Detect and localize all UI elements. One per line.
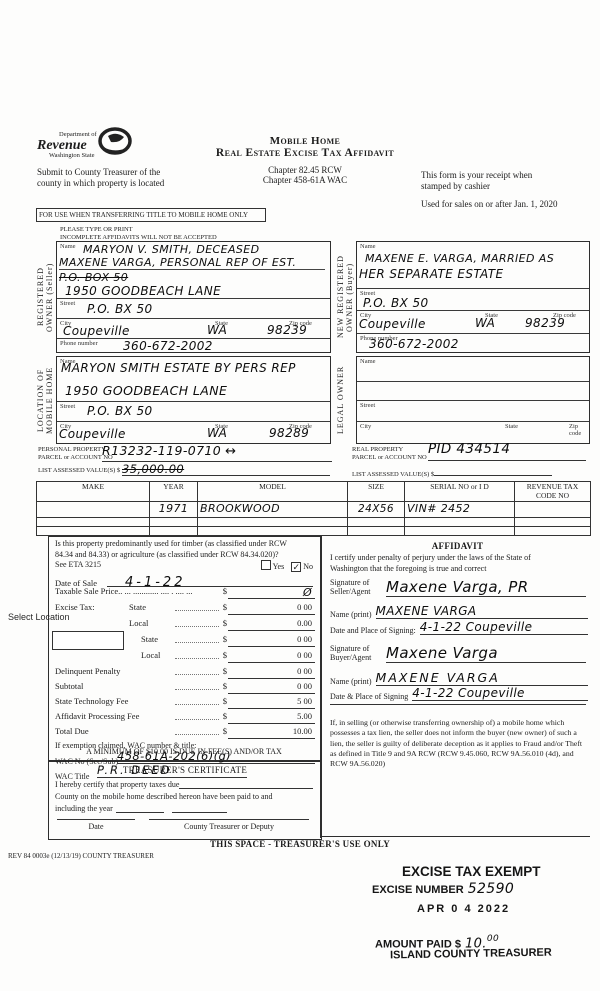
location-state-value: WA	[207, 426, 227, 440]
fin-value: 0 00	[228, 601, 315, 615]
location-street-field[interactable]: Street P.O. BX 50	[57, 402, 330, 423]
personal-assessed-value: 35,000.00	[122, 462, 184, 476]
legal-blank-field[interactable]	[357, 382, 589, 401]
real-parcel-field[interactable]: PID 434514	[428, 440, 586, 461]
timber-q-line2: 84.34 and 84.33) or agriculture (as clas…	[55, 550, 317, 561]
form-number: REV 84 0003e (12/13/19) COUNTY TREASURER	[8, 852, 154, 860]
chapter-1: Chapter 82.45 RCW	[160, 165, 450, 175]
seller-name-line4: 1950 GOODBEACH LANE	[65, 284, 221, 298]
legal-city-label: City	[360, 423, 371, 430]
seller-street-field[interactable]: Street P.O. BX 50	[57, 299, 330, 318]
table-row	[37, 518, 591, 527]
buyer-name-label: Name	[360, 243, 376, 250]
cell-revenue-tax[interactable]	[515, 502, 591, 518]
cert-line1-row: I hereby certify that property taxes due	[55, 779, 313, 789]
chapter-2: Chapter 458-61A WAC	[160, 175, 450, 185]
fin-row-tech-fee[interactable]: State Technology Fee $ 5 00	[55, 695, 315, 709]
location-street-value: P.O. BX 50	[87, 404, 153, 418]
col-year: YEAR	[150, 482, 198, 502]
cell-size[interactable]: 24X56	[348, 502, 405, 518]
timber-q-line1: Is this property predominantly used for …	[55, 539, 317, 550]
table-row	[37, 527, 591, 536]
fin-label: Subtotal	[55, 681, 83, 691]
no-checkbox[interactable]: ✓	[291, 562, 301, 572]
cell-empty[interactable]	[198, 518, 348, 527]
fin-sublabel: State	[129, 602, 146, 612]
buyer-zip-value: 98239	[525, 316, 565, 330]
legal-state-label: State	[505, 423, 518, 430]
fin-value: 0 00	[228, 680, 315, 694]
cell-empty[interactable]	[150, 527, 198, 536]
vehicle-table: MAKE YEAR MODEL SIZE SERIAL NO or I D RE…	[36, 481, 591, 536]
date-stamp: APR 0 4 2022	[417, 903, 510, 915]
location-label-l1: LOCATION OF	[36, 368, 45, 431]
seller-fields-box: Name MARYON V. SMITH, DECEASED MAXENE VA…	[56, 241, 331, 353]
cell-empty[interactable]	[515, 527, 591, 536]
agency-name: Revenue	[37, 139, 97, 152]
location-city-field[interactable]: City State Zip code Coupeville WA 98289	[57, 422, 330, 443]
col-make: MAKE	[37, 482, 150, 502]
seller-section-label: REGISTERED OWNER (Seller)	[36, 241, 56, 353]
checkmark-icon: ✓	[292, 562, 300, 572]
legal-street-field[interactable]: Street	[357, 401, 589, 423]
real-parcel-l2: PARCEL or ACCOUNT NO	[352, 454, 427, 462]
lien-warning-text: If, in selling (or otherwise transferrin…	[330, 718, 590, 769]
cert-deputy-label: County Treasurer or Deputy	[149, 822, 309, 831]
location-city-value: Coupeville	[59, 427, 126, 441]
buyer-street-field[interactable]: Street P.O. BX 50	[357, 289, 589, 312]
fin-value: 0.00	[228, 617, 315, 631]
yes-label: Yes	[273, 562, 285, 571]
fin-row-taxable[interactable]: Taxable Sale Price.. ... ............ ..…	[55, 585, 315, 599]
location-blank-box[interactable]	[52, 631, 124, 650]
cert-line2: County on the mobile home described here…	[55, 792, 273, 801]
fin-row-subtotal[interactable]: Subtotal $ 0 00	[55, 680, 315, 694]
cell-empty[interactable]	[37, 527, 150, 536]
affidavit-divider	[330, 704, 586, 705]
yes-checkbox[interactable]	[261, 560, 271, 570]
legal-street-label: Street	[360, 402, 375, 409]
fin-value: 5 00	[228, 695, 315, 709]
bottom-rule	[320, 836, 590, 837]
fin-row-excise-local[interactable]: Local $ 0.00	[55, 617, 315, 631]
legal-owner-label: LEGAL OWNER	[336, 366, 345, 434]
real-parcel-label: REAL PROPERTY PARCEL or ACCOUNT NO	[352, 446, 427, 462]
seller-name-line3-struck: P.O. BOX 50	[59, 271, 128, 284]
submit-note: Submit to County Treasurer of the county…	[37, 167, 164, 189]
legal-zip-label: Zip code	[569, 423, 589, 437]
sig-of-label: Signature of	[330, 644, 369, 653]
fin-row-delinq-int-local[interactable]: Local $ 0 00	[55, 649, 315, 663]
buyer-city-value: Coupeville	[359, 317, 426, 331]
treasurer-certificate-box: TREASURER'S CERTIFICATE I hereby certify…	[48, 760, 322, 840]
seller-signature-field[interactable]: Signature of Seller/Agent Maxene Varga, …	[330, 578, 588, 602]
excise-tax-exempt-stamp: EXCISE TAX EXEMPT	[402, 864, 541, 879]
seller-phone-field[interactable]: Phone number 360-672-2002	[57, 339, 330, 352]
seller-phone-value: 360-672-2002	[123, 339, 213, 353]
dollar-sign: $	[223, 586, 227, 596]
dollar-sign: $	[223, 681, 227, 691]
buyer-city-field[interactable]: City State Zip code Coupeville WA 98239	[357, 311, 589, 334]
dollar-sign: $	[223, 666, 227, 676]
dollar-sign: $	[223, 696, 227, 706]
real-parcel-l1: REAL PROPERTY	[352, 446, 427, 454]
location-name-field[interactable]: Name MARYON SMITH ESTATE BY PERS REP 195…	[57, 357, 330, 402]
col-model: MODEL	[198, 482, 348, 502]
receipt-note: This form is your receipt when stamped b…	[421, 170, 532, 192]
dollar-sign: $	[223, 650, 227, 660]
cert-year-blank2[interactable]	[172, 803, 227, 813]
buyer-label-l2: OWNER (Buyer)	[345, 262, 354, 331]
cert-line1: I hereby certify that property taxes due	[55, 780, 179, 789]
affidavit-certify-line1: I certify under penalty of perjury under…	[330, 553, 588, 564]
real-assessed-label: LIST ASSESSED VALUE(S) $	[352, 467, 552, 479]
buyer-date-place-field[interactable]: Date & Place of Signing 4-1-22 Coupevill…	[330, 686, 588, 701]
cell-make[interactable]	[37, 502, 150, 518]
cell-serial[interactable]: VIN# 2452	[405, 502, 515, 518]
seller-name-field[interactable]: Name MARYON V. SMITH, DECEASED MAXENE VA…	[57, 242, 330, 299]
buyer-state-value: WA	[475, 316, 495, 330]
personal-parcel-value: R13232-119-0710	[102, 443, 221, 458]
buyer-print-field[interactable]: Name (print) MAXENE VARGA	[330, 670, 588, 686]
form-title-2: Real Estate Excise Tax Affidavit	[160, 147, 450, 159]
legal-owner-fields-box: Name Street City State Zip code	[356, 356, 590, 444]
seller-agent-label: Seller/Agent	[330, 587, 370, 596]
cell-empty[interactable]	[37, 518, 150, 527]
column-divider	[320, 536, 321, 838]
real-assessed-blank[interactable]	[434, 467, 552, 476]
cert-line1-blank[interactable]	[179, 779, 313, 789]
location-select-dropdown[interactable]: Select Location	[8, 612, 70, 622]
cell-empty[interactable]	[150, 518, 198, 527]
seller-phone-label: Phone number	[60, 340, 98, 347]
cell-empty[interactable]	[348, 527, 405, 536]
fin-label: Delinquent Penalty	[55, 666, 120, 676]
seller-name-line1: MARYON V. SMITH, DECEASED	[83, 243, 260, 256]
cell-empty[interactable]	[515, 518, 591, 527]
fin-sublabel: Local	[129, 618, 148, 628]
buyer-name-field[interactable]: Name MAXENE E. VARGA, MARRIED AS HER SEP…	[357, 242, 589, 289]
cert-line3: including the year	[55, 804, 113, 813]
location-street-label: Street	[60, 403, 75, 410]
no-label: No	[303, 562, 313, 571]
use-box: FOR USE WHEN TRANSFERRING TITLE TO MOBIL…	[36, 208, 266, 222]
col-revenue-tax: REVENUE TAX CODE NO	[515, 482, 591, 502]
fin-label: Taxable Sale Price.. ... ............ ..…	[55, 586, 193, 596]
seller-city-field[interactable]: City State Zip code Coupeville WA 98239	[57, 319, 330, 339]
real-parcel-value: PID 434514	[428, 441, 510, 457]
buyer-agent-label: Buyer/Agent	[330, 653, 371, 662]
seller-date-place-value: 4-1-22 Coupeville	[420, 620, 588, 635]
receipt-note-line2: stamped by cashier	[421, 181, 532, 192]
cell-empty[interactable]	[348, 518, 405, 527]
fin-label: State Technology Fee	[55, 696, 128, 706]
table-row: 1971 BROOKWOOD 24X56 VIN# 2452	[37, 502, 591, 518]
buyer-signature-value: Maxene Varga	[386, 644, 586, 663]
treasurer-cert-title: TREASURER'S CERTIFICATE	[49, 765, 321, 775]
cell-model[interactable]: BROOKWOOD	[198, 502, 348, 518]
fin-label: Affidavit Processing Fee	[55, 711, 139, 721]
fin-row-delinq-penalty[interactable]: Delinquent Penalty $ 0 00	[55, 665, 315, 679]
location-section: LOCATION OF MOBILE HOME Name MARYON SMIT…	[36, 356, 331, 444]
affidavit-title: AFFIDAVIT	[330, 541, 585, 551]
legal-owner-section-label: LEGAL OWNER	[336, 356, 356, 444]
buyer-label-l1: NEW REGISTERED	[336, 256, 345, 339]
seller-city-value: Coupeville	[63, 324, 130, 338]
fin-value: 0 00	[228, 665, 315, 679]
cert-line3-row: including the year	[55, 803, 235, 813]
affidavit-certify: I certify under penalty of perjury under…	[330, 553, 588, 574]
seller-name-line2: MAXENE VARGA, PERSONAL REP OF EST.	[59, 256, 325, 270]
seller-street-label: Street	[60, 300, 75, 307]
personal-assessed-label: LIST ASSESSED VALUE(S) $	[38, 467, 120, 475]
seller-date-place-field[interactable]: Date and Place of Signing: 4-1-22 Coupev…	[330, 620, 588, 635]
buyer-phone-value: 360-672-2002	[369, 337, 459, 351]
cell-empty[interactable]	[405, 527, 515, 536]
fin-row-total-due[interactable]: Total Due $ 10.00	[55, 725, 315, 739]
seller-print-value: MAXENE VARGA	[376, 604, 588, 619]
affidavit-form-page: Department of Revenue Washington State M…	[0, 0, 600, 991]
seller-street-value: P.O. BX 50	[87, 302, 153, 316]
dollar-sign: $	[223, 634, 227, 644]
seller-print-field[interactable]: Name (print) MAXENE VARGA	[330, 604, 588, 619]
buyer-name-line2: HER SEPARATE ESTATE	[359, 267, 503, 281]
amount-paid-cents: 00	[487, 934, 499, 944]
seller-section: REGISTERED OWNER (Seller) Name MARYON V.…	[36, 241, 331, 353]
cert-year-blank1[interactable]	[116, 803, 164, 813]
personal-assessed-field[interactable]: 35,000.00	[122, 460, 330, 476]
type-note: PLEASE TYPE OR PRINT	[60, 226, 133, 234]
timber-question: Is this property predominantly used for …	[55, 539, 317, 560]
affidavit-certify-line2: Washington that the foregoing is true an…	[330, 564, 588, 575]
form-title-block: Mobile Home Real Estate Excise Tax Affid…	[160, 135, 450, 185]
buyer-street-value: P.O. BX 50	[363, 296, 429, 310]
cert-date-line[interactable]	[57, 819, 135, 820]
timber-checkboxes: Yes ✓ No	[261, 560, 313, 572]
seller-state-value: WA	[207, 323, 227, 337]
state-line: Washington State	[49, 152, 97, 160]
fin-row-processing-fee[interactable]: Affidavit Processing Fee $ 5.00	[55, 710, 315, 724]
seller-date-place-label: Date and Place of Signing:	[330, 626, 416, 635]
personal-parcel-field[interactable]: R13232-119-0710 ↔	[102, 442, 332, 462]
location-label-l2: MOBILE HOME	[45, 366, 54, 433]
fin-value: Ø	[228, 585, 315, 599]
seller-signature-value: Maxene Varga, PR	[386, 578, 586, 597]
buyer-signature-field[interactable]: Signature of Buyer/Agent Maxene Varga	[330, 644, 588, 668]
location-name-line2: 1950 GOODBEACH LANE	[65, 383, 227, 398]
dollar-sign: $	[223, 602, 227, 612]
revenue-swirl-icon	[96, 126, 134, 158]
seller-print-label: Name (print)	[330, 610, 372, 619]
dollar-sign: $	[223, 618, 227, 628]
cell-year[interactable]: 1971	[150, 502, 198, 518]
revenue-logo: Department of Revenue Washington State	[37, 131, 97, 160]
excise-number-stamp: EXCISE NUMBER 52590	[372, 880, 514, 898]
location-section-label: LOCATION OF MOBILE HOME	[36, 356, 56, 444]
seller-label-l1: REGISTERED	[36, 268, 45, 327]
treasurer-space-note: THIS SPACE - TREASURER'S USE ONLY	[150, 839, 450, 849]
buyer-name-line1: MAXENE E. VARGA, MARRIED AS	[365, 252, 554, 265]
fin-sublabel: State	[141, 634, 158, 644]
excise-number-label: EXCISE NUMBER	[372, 884, 464, 896]
fin-value: 5.00	[228, 710, 315, 724]
legal-owner-section: LEGAL OWNER Name Street City State Zip c…	[336, 356, 590, 444]
location-name-line1: MARYON SMITH ESTATE BY PERS REP	[61, 361, 296, 375]
legal-name-field[interactable]: Name	[357, 357, 589, 382]
cell-empty[interactable]	[405, 518, 515, 527]
cert-date-label: Date	[57, 822, 135, 831]
fin-row-excise-state[interactable]: Excise Tax: State $ 0 00	[55, 601, 315, 615]
col-serial: SERIAL NO or I D	[405, 482, 515, 502]
real-assessed-label-text: LIST ASSESSED VALUE(S) $	[352, 471, 434, 478]
eta-note: See ETA 3215	[55, 560, 101, 569]
dollar-sign: $	[223, 726, 227, 736]
cell-empty[interactable]	[198, 527, 348, 536]
buyer-print-value: MAXENE VARGA	[376, 670, 588, 686]
buyer-phone-field[interactable]: Phone number 360-672-2002	[357, 334, 589, 352]
fin-value: 0 00	[228, 633, 315, 647]
sig-of-label: Signature of	[330, 578, 369, 587]
personal-parcel-arrow: ↔	[225, 444, 236, 459]
buyer-date-place-value: 4-1-22 Coupeville	[412, 686, 588, 701]
receipt-note-line1: This form is your receipt when	[421, 170, 532, 181]
buyer-date-place-label: Date & Place of Signing	[330, 692, 408, 701]
buyer-fields-box: Name MAXENE E. VARGA, MARRIED AS HER SEP…	[356, 241, 590, 353]
county-treasurer-stamp: ISLAND COUNTY TREASURER	[390, 947, 552, 962]
fin-value: 0 00	[228, 649, 315, 663]
seller-name-label: Name	[60, 243, 76, 250]
fin-label: Total Due	[55, 726, 89, 736]
buyer-print-label: Name (print)	[330, 677, 372, 686]
col-size: SIZE	[348, 482, 405, 502]
location-zip-value: 98289	[269, 426, 309, 440]
buyer-section-label: NEW REGISTERED OWNER (Buyer)	[336, 241, 356, 353]
excise-number-value: 52590	[468, 881, 515, 897]
form-title-1: Mobile Home	[160, 135, 450, 147]
cert-deputy-line[interactable]	[149, 819, 309, 820]
legal-name-label: Name	[360, 358, 376, 365]
seller-label-l2: OWNER (Seller)	[45, 262, 54, 331]
seller-zip-value: 98239	[267, 323, 307, 337]
submit-note-line1: Submit to County Treasurer of the	[37, 167, 164, 178]
fin-value: 10.00	[228, 725, 315, 739]
location-fields-box: Name MARYON SMITH ESTATE BY PERS REP 195…	[56, 356, 331, 444]
minimum-fee-note: A MINIMUM OF $10.00 IS DUE IN FEE(S) AND…	[48, 747, 320, 756]
fin-sublabel: Local	[141, 650, 160, 660]
fin-label: Excise Tax:	[55, 602, 95, 612]
submit-note-line2: county in which property is located	[37, 178, 164, 189]
buyer-section: NEW REGISTERED OWNER (Buyer) Name MAXENE…	[336, 241, 590, 353]
dollar-sign: $	[223, 711, 227, 721]
used-note: Used for sales on or after Jan. 1, 2020	[421, 199, 557, 209]
